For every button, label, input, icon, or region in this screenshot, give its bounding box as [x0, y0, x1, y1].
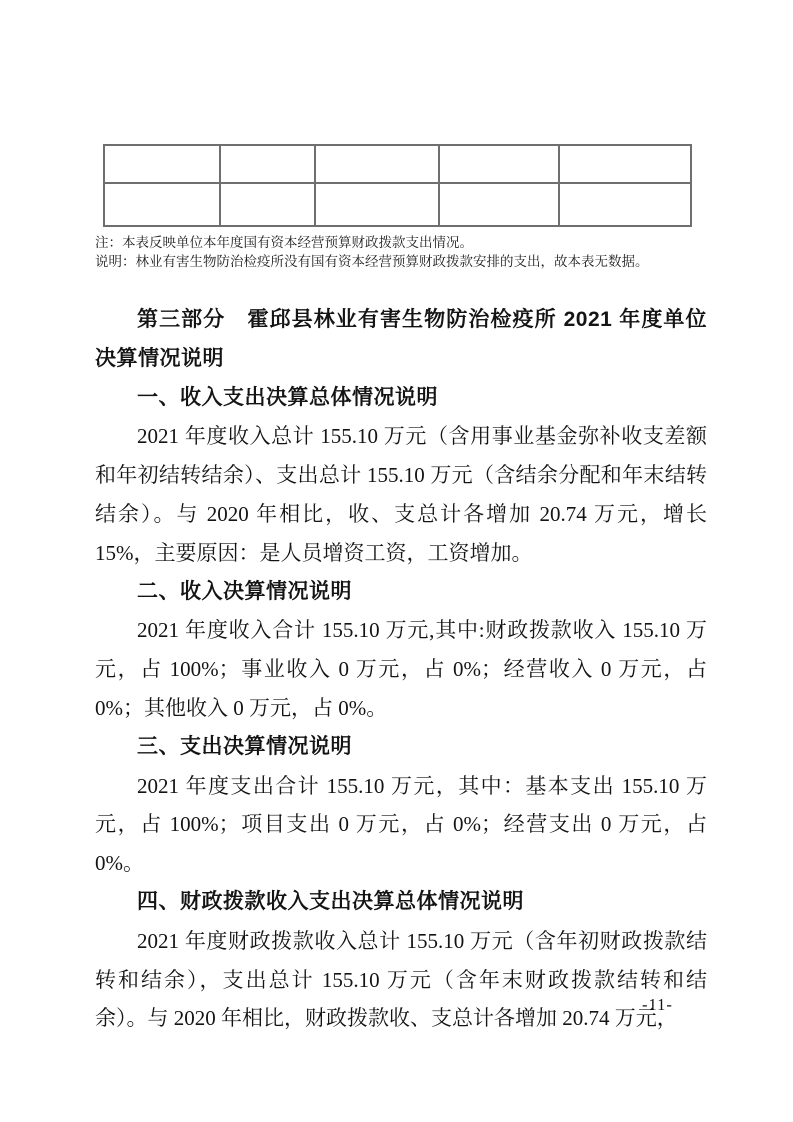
page-number: -11-	[642, 995, 673, 1015]
table-cell	[559, 183, 691, 226]
part3-title: 第三部分 霍邱县林业有害生物防治检疫所 2021 年度单位决算情况说明	[95, 301, 707, 379]
table-row	[104, 145, 691, 183]
table-cell	[559, 145, 691, 183]
table-cell	[220, 145, 315, 183]
state-capital-budget-table	[103, 144, 692, 227]
document-page: 注：本表反映单位本年度国有资本经营预算财政拨款支出情况。 说明：林业有害生物防治…	[0, 0, 793, 1122]
section-1-body: 2021 年度收入总计 155.10 万元（含用事业基金弥补收支差额和年初结转结…	[95, 417, 707, 572]
document-body: 第三部分 霍邱县林业有害生物防治检疫所 2021 年度单位决算情况说明 一、收入…	[95, 301, 707, 1038]
table-notes: 注：本表反映单位本年度国有资本经营预算财政拨款支出情况。 说明：林业有害生物防治…	[95, 233, 713, 271]
section-1-heading: 一、收入支出决算总体情况说明	[95, 379, 707, 418]
table-cell	[439, 145, 559, 183]
table-cell	[315, 183, 439, 226]
section-3-heading: 三、支出决算情况说明	[95, 728, 707, 767]
section-4-heading: 四、财政拨款收入支出决算总体情况说明	[95, 883, 707, 922]
section-2-heading: 二、收入决算情况说明	[95, 573, 707, 612]
table-cell	[104, 183, 220, 226]
table-note-explanation: 说明：林业有害生物防治检疫所没有国有资本经营预算财政拨款安排的支出，故本表无数据…	[95, 252, 713, 271]
section-3-body: 2021 年度支出合计 155.10 万元，其中：基本支出 155.10 万元，…	[95, 767, 707, 883]
section-4-body: 2021 年度财政拨款收入总计 155.10 万元（含年初财政拨款结转和结余），…	[95, 922, 707, 1038]
table-row	[104, 183, 691, 226]
table-cell	[439, 183, 559, 226]
table-cell	[104, 145, 220, 183]
table-cell	[220, 183, 315, 226]
section-2-body: 2021 年度收入合计 155.10 万元,其中:财政拨款收入 155.10 万…	[95, 611, 707, 727]
table-cell	[315, 145, 439, 183]
table-note: 注：本表反映单位本年度国有资本经营预算财政拨款支出情况。	[95, 233, 713, 252]
